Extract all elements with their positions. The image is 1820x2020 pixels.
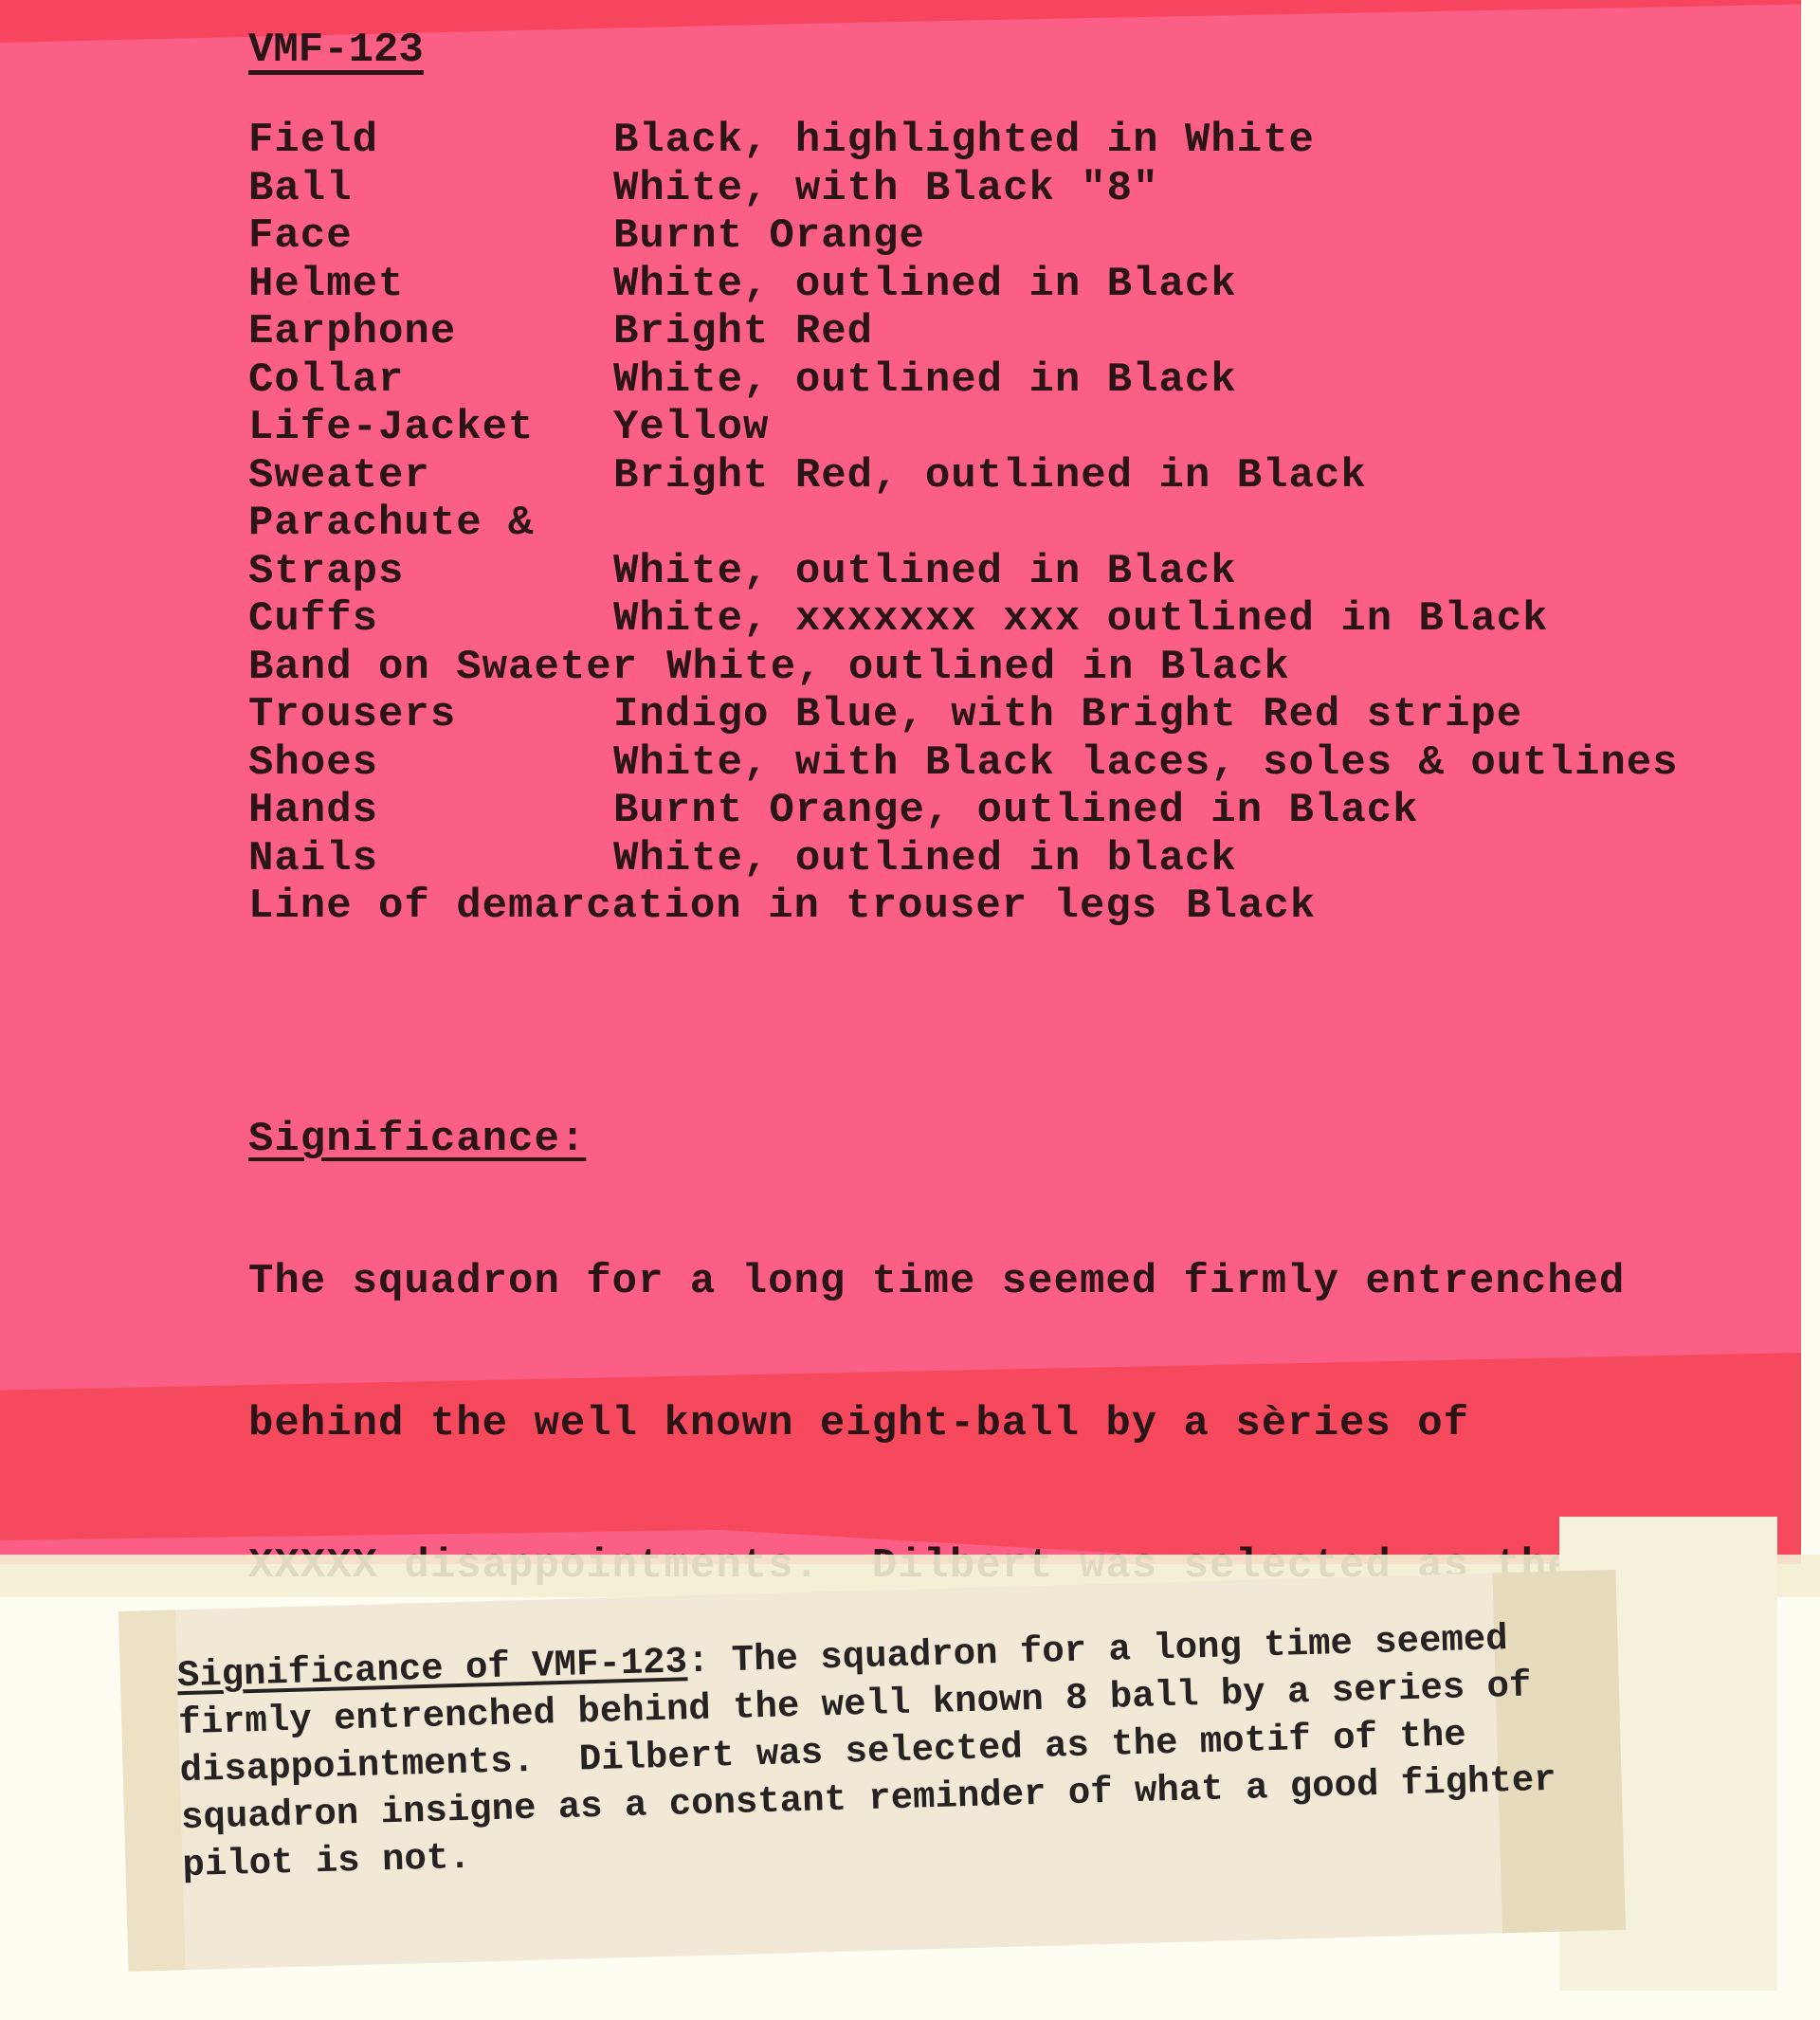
color-spec-row: SweaterBright Red, outlined in Black <box>248 452 1679 500</box>
color-spec-row: FieldBlack, highlighted in White <box>248 117 1679 165</box>
spec-part-label: Ball <box>248 165 613 213</box>
color-spec-row: HandsBurnt Orange, outlined in Black <box>248 787 1679 835</box>
color-spec-row: Life-JacketYellow <box>248 404 1679 452</box>
color-spec-row: Band on SwaeterWhite, outlined in Black <box>248 644 1679 692</box>
spec-color-value: Black, highlighted in White <box>613 117 1315 165</box>
spec-part-label: Nails <box>248 835 613 883</box>
spec-part-label: Earphone <box>248 308 613 356</box>
color-spec-row: CollarWhite, outlined in Black <box>248 356 1679 405</box>
tape-overlay-left <box>118 1610 186 1972</box>
significance-title: Significance: <box>248 1116 1625 1163</box>
spec-part-label: Helmet <box>248 261 613 309</box>
spec-color-value: White, outlined in Black <box>613 356 1237 405</box>
spec-part-label: Life-Jacket <box>248 404 613 452</box>
clipping-text: Significance of VMF-123: The squadron fo… <box>176 1614 1557 1889</box>
spec-part-label: Hands <box>248 787 613 835</box>
spec-color-value: Black <box>1186 883 1316 931</box>
color-spec-row: StrapsWhite, outlined in Black <box>248 548 1679 596</box>
spec-part-label: Trousers <box>248 691 613 739</box>
color-spec-row: CuffsWhite, xxxxxxx xxx outlined in Blac… <box>248 595 1679 644</box>
spec-color-value: White, outlined in Black <box>613 261 1237 309</box>
spec-color-value: Burnt Orange <box>613 212 925 261</box>
pink-typed-sheet: VMF-123 FieldBlack, highlighted in White… <box>0 0 1801 1564</box>
spec-color-value: Bright Red, outlined in Black <box>613 452 1367 500</box>
spec-color-value: Indigo Blue, with Bright Red stripe <box>613 691 1522 739</box>
spec-color-value: Bright Red <box>613 308 873 356</box>
color-spec-row: NailsWhite, outlined in black <box>248 835 1679 883</box>
spec-part-label: Band on Swaeter <box>248 644 638 692</box>
spec-part-label: Parachute & <box>248 500 613 548</box>
spec-part-label: Field <box>248 117 613 165</box>
color-spec-row: Line of demarcation in trouser legsBlack <box>248 883 1679 931</box>
document-heading: VMF-123 <box>248 27 424 74</box>
spec-color-value: White, outlined in black <box>613 835 1237 883</box>
color-spec-row: Parachute & <box>248 500 1679 548</box>
color-spec-row: FaceBurnt Orange <box>248 212 1679 261</box>
color-spec-row: BallWhite, with Black "8" <box>248 165 1679 213</box>
typed-clipping: Significance of VMF-123: The squadron fo… <box>118 1570 1626 1972</box>
color-spec-row: EarphoneBright Red <box>248 308 1679 356</box>
spec-color-value: Burnt Orange, outlined in Black <box>613 787 1419 835</box>
spec-part-label: Collar <box>248 356 613 405</box>
significance-line: The squadron for a long time seemed firm… <box>248 1258 1625 1305</box>
spec-color-value: White, outlined in Black <box>666 644 1290 692</box>
spec-color-value: White, with Black laces, soles & outline… <box>613 739 1679 788</box>
color-spec-row: TrousersIndigo Blue, with Bright Red str… <box>248 691 1679 739</box>
spec-color-value: Yellow <box>613 404 769 452</box>
spec-part-label: Line of demarcation in trouser legs <box>248 883 1157 931</box>
significance-line: behind the well known eight-ball by a sè… <box>248 1400 1625 1447</box>
spec-part-label: Shoes <box>248 739 613 788</box>
spec-part-label: Face <box>248 212 613 261</box>
spec-part-label: Cuffs <box>248 595 613 644</box>
spec-color-value: White, outlined in Black <box>613 548 1237 596</box>
spec-color-value: White, with Black "8" <box>613 165 1159 213</box>
color-spec-row: HelmetWhite, outlined in Black <box>248 261 1679 309</box>
spec-part-label: Sweater <box>248 452 613 500</box>
color-spec-row: ShoesWhite, with Black laces, soles & ou… <box>248 739 1679 788</box>
spec-part-label: Straps <box>248 548 613 596</box>
spec-color-value: White, xxxxxxx xxx outlined in Black <box>613 595 1549 644</box>
color-spec-table: FieldBlack, highlighted in WhiteBallWhit… <box>248 117 1679 931</box>
